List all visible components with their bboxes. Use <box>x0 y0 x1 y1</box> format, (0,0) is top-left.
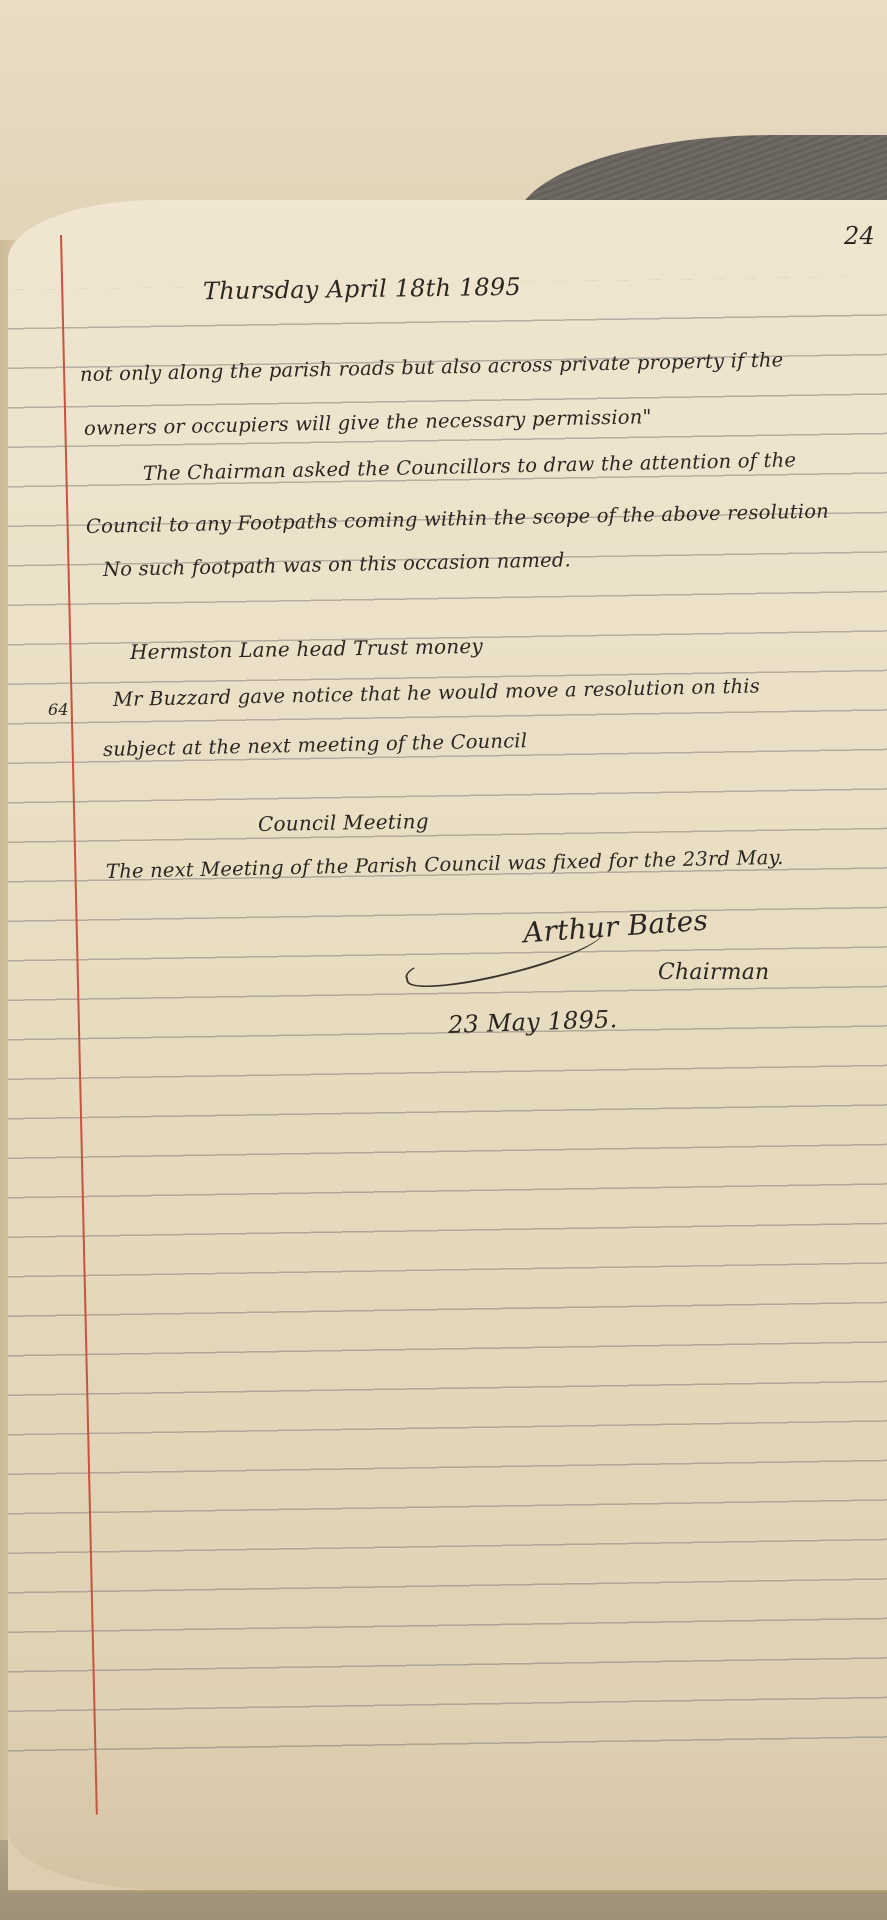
signature-date: 23 May 1895. <box>448 1005 618 1039</box>
ledger-page: 24 Thursday April 18th 1895 not only alo… <box>8 200 887 1890</box>
page-number: 24 <box>844 222 875 250</box>
margin-note: 64 <box>48 700 69 719</box>
date-heading: Thursday April 18th 1895 <box>203 273 521 305</box>
signature-title: Chairman <box>658 960 769 985</box>
section-heading: Council Meeting <box>258 809 429 836</box>
